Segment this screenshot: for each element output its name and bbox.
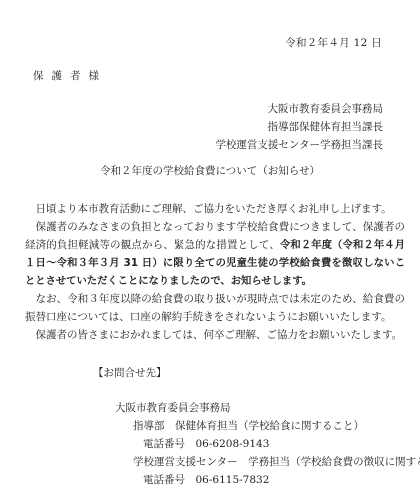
paragraph-notice: なお、令和３年度以降の給食費の取り扱いが現時点では未定のため、給食費の振替口座に… — [25, 290, 405, 326]
sender-dept1: 指導部保健体育担当課長 — [268, 120, 384, 134]
document-body: 日頃より本市教育活動にご理解、ご協力をいただき厚くお礼申し上げます。 保護者のみ… — [25, 200, 405, 344]
document-date: 令和２年４月 12 日 — [285, 36, 382, 50]
paragraph-announcement: 保護者のみなさまの負担となっております学校給食費につきまして、保護者の経済的負担… — [25, 218, 405, 290]
document-title: 令和２年度の学校給食費について（お知らせ） — [0, 164, 420, 178]
contact-dept-health: 指導部 保健体育担当（学校給食に関すること） — [133, 419, 364, 433]
addressee: 保護者様 — [33, 69, 107, 83]
sender-dept2: 学校運営支援センター学務担当課長 — [215, 138, 383, 152]
contact-dept-school-affairs: 学校運営支援センター 学務担当（学校給食費の徴収に関すること） — [133, 455, 420, 469]
paragraph-greeting: 日頃より本市教育活動にご理解、ご協力をいただき厚くお礼申し上げます。 — [25, 200, 405, 218]
contact-phone-health: 電話番号 06-6208-9143 — [143, 437, 269, 451]
sender-org: 大阪市教育委員会事務局 — [268, 102, 384, 116]
contact-org: 大阪市教育委員会事務局 — [115, 401, 231, 415]
contact-heading: 【お問合せ先】 — [93, 366, 167, 380]
contact-phone-school-affairs: 電話番号 06-6115-7832 — [143, 473, 269, 487]
paragraph-closing: 保護者の皆さまにおかれましては、何卒ご理解、ご協力をお願いいたします。 — [25, 326, 405, 344]
